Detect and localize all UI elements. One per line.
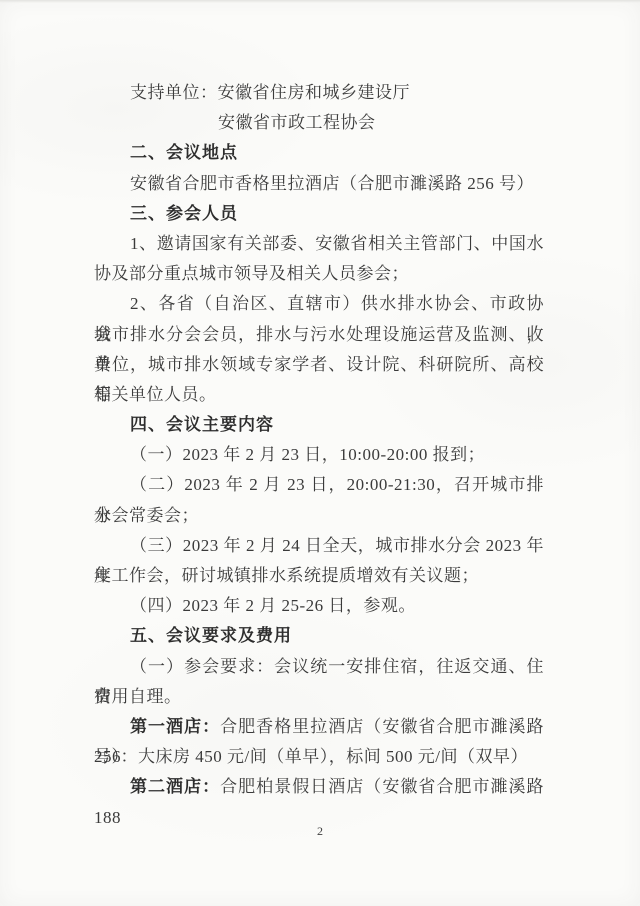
- section-heading: 二、会议地点: [94, 138, 544, 168]
- text-line: 费用自理。: [94, 682, 544, 712]
- text-line: 支持单位：安徽省住房和城乡建设厅: [94, 78, 544, 108]
- text-line: （一）参会要求：会议统一安排住宿，往返交通、住宿: [94, 652, 544, 682]
- text-line: （一）2023 年 2 月 23 日，10:00-20:00 报到；: [94, 440, 544, 470]
- text-line: 2、各省（自治区、直辖市）供水排水协会、市政协会，: [94, 289, 544, 319]
- text-line: （四）2023 年 2 月 25-26 日，参观。: [94, 591, 544, 621]
- hotel-label: 第一酒店：: [130, 717, 220, 736]
- scanned-document-page: 支持单位：安徽省住房和城乡建设厅安徽省市政工程协会二、会议地点安徽省合肥市香格里…: [0, 0, 640, 906]
- section-heading: 三、参会人员: [94, 199, 544, 229]
- text-line: （二）2023 年 2 月 23 日，20:00-21:30，召开城市排水: [94, 470, 544, 500]
- text-line: 单位，城市排水领域专家学者、设计院、科研院所、高校等: [94, 350, 544, 380]
- text-line: 度工作会，研讨城镇排水系统提质增效有关议题；: [94, 561, 544, 591]
- text-line: 第一酒店：合肥香格里拉酒店（安徽省合肥市濉溪路 256: [94, 712, 544, 742]
- hotel-label: 第二酒店：: [130, 777, 220, 796]
- text-line: 协及部分重点城市领导及相关人员参会；: [94, 259, 544, 289]
- text-line: （三）2023 年 2 月 24 日全天，城市排水分会 2023 年年: [94, 531, 544, 561]
- section-heading: 五、会议要求及费用: [94, 621, 544, 651]
- text-line: 号）：大床房 450 元/间（单早），标间 500 元/间（双早）: [94, 742, 544, 772]
- text-line: 相关单位人员。: [94, 380, 544, 410]
- text-line: 安徽省市政工程协会: [94, 108, 544, 138]
- page-number: 2: [0, 824, 640, 839]
- document-body: 支持单位：安徽省住房和城乡建设厅安徽省市政工程协会二、会议地点安徽省合肥市香格里…: [94, 78, 544, 803]
- text-line: 第二酒店：合肥柏景假日酒店（安徽省合肥市濉溪路 188: [94, 772, 544, 802]
- section-heading: 四、会议主要内容: [94, 410, 544, 440]
- text-line: 1、邀请国家有关部委、安徽省相关主管部门、中国水: [94, 229, 544, 259]
- text-line: 城市排水分会会员，排水与污水处理设施运营及监测、收费: [94, 320, 544, 350]
- text-line: 安徽省合肥市香格里拉酒店（合肥市濉溪路 256 号）: [94, 169, 544, 199]
- scan-edge: [0, 0, 640, 3]
- text-line: 分会常委会；: [94, 501, 544, 531]
